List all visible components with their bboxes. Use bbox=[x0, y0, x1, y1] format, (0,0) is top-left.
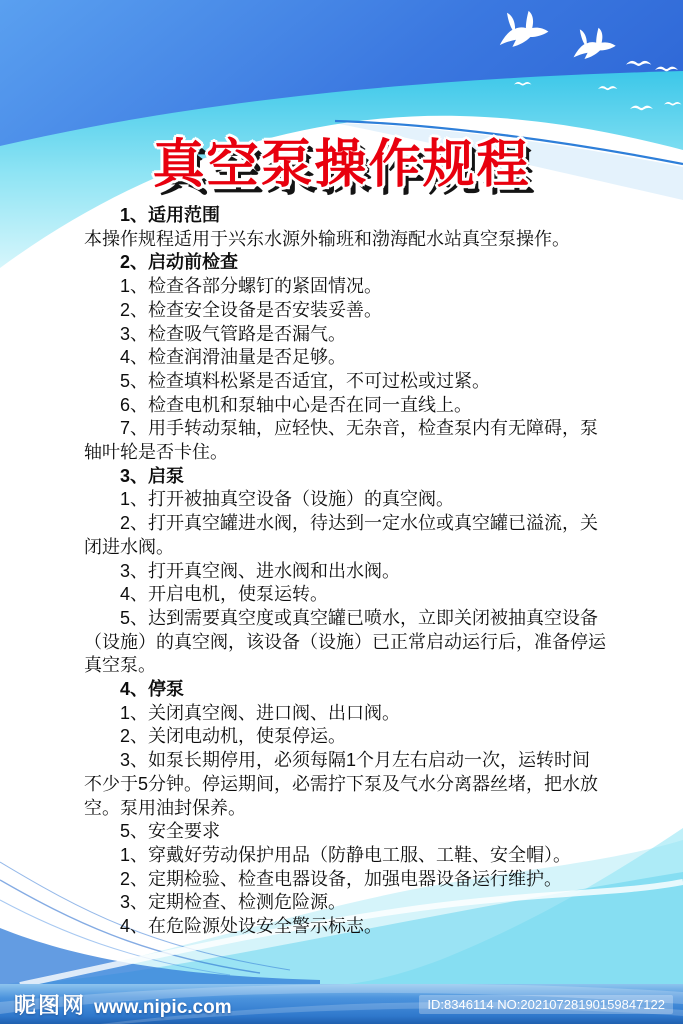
procedure-item: 7、用手转动泵轴，应轻快、无杂音，检查泵内有无障碍，泵轴叶轮是否卡住。 bbox=[84, 417, 606, 464]
poster-page: 真空泵操作规程 1、适用范围本操作规程适用于兴东水源外输班和渤海配水站真空泵操作… bbox=[0, 0, 683, 1024]
procedure-item: 1、穿戴好劳动保护用品（防静电工服、工鞋、安全帽）。 bbox=[84, 844, 606, 868]
section-heading: 1、适用范围 bbox=[84, 204, 606, 228]
procedure-item: 2、打开真空罐进水阀，待达到一定水位或真空罐已溢流，关闭进水阀。 bbox=[84, 512, 606, 559]
procedure-item: 3、检查吸气管路是否漏气。 bbox=[84, 323, 606, 347]
footer-bar: 昵图网 www.nipic.com ID:8346114 NO:20210728… bbox=[0, 984, 683, 1024]
site-url: www.nipic.com bbox=[94, 997, 232, 1019]
procedure-item: 1、打开被抽真空设备（设施）的真空阀。 bbox=[84, 488, 606, 512]
procedure-item: 4、开启电机，使泵运转。 bbox=[84, 583, 606, 607]
procedure-sections: 1、适用范围本操作规程适用于兴东水源外输班和渤海配水站真空泵操作。2、启动前检查… bbox=[84, 204, 606, 939]
procedure-item: 3、定期检查、检测危险源。 bbox=[84, 891, 606, 915]
section-heading: 5、安全要求 bbox=[84, 820, 606, 844]
procedure-item: 1、检查各部分螺钉的紧固情况。 bbox=[84, 275, 606, 299]
footer-site: 昵图网 www.nipic.com bbox=[0, 989, 232, 1020]
section-heading: 2、启动前检查 bbox=[84, 251, 606, 275]
section-heading: 4、停泵 bbox=[84, 678, 606, 702]
procedure-item: 6、检查电机和泵轴中心是否在同一直线上。 bbox=[84, 394, 606, 418]
procedure-item: 5、达到需要真空度或真空罐已喷水，立即关闭被抽真空设备（设施）的真空阀，该设备（… bbox=[84, 607, 606, 678]
procedure-item: 4、在危险源处设安全警示标志。 bbox=[84, 915, 606, 939]
procedure-item: 3、打开真空阀、进水阀和出水阀。 bbox=[84, 560, 606, 584]
section-heading: 3、启泵 bbox=[84, 465, 606, 489]
procedure-item: 1、关闭真空阀、进口阀、出口阀。 bbox=[84, 702, 606, 726]
site-logo: 昵图网 bbox=[14, 989, 86, 1020]
procedure-item: 4、检查润滑油量是否足够。 bbox=[84, 346, 606, 370]
procedure-item: 5、检查填料松紧是否适宜，不可过松或过紧。 bbox=[84, 370, 606, 394]
page-title: 真空泵操作规程 bbox=[0, 122, 683, 197]
procedure-item: 2、检查安全设备是否安装妥善。 bbox=[84, 299, 606, 323]
procedure-item: 本操作规程适用于兴东水源外输班和渤海配水站真空泵操作。 bbox=[84, 228, 606, 252]
procedure-item: 2、定期检验、检查电器设备，加强电器设备运行维护。 bbox=[84, 868, 606, 892]
image-id-badge: ID:8346114 NO:20210728190159847122 bbox=[419, 995, 673, 1014]
procedure-item: 3、如泵长期停用，必须每隔1个月左右启动一次，运转时间不少于5分钟。停运期间，必… bbox=[84, 749, 606, 820]
procedure-item: 2、关闭电动机，使泵停运。 bbox=[84, 725, 606, 749]
procedure-content: 1、适用范围本操作规程适用于兴东水源外输班和渤海配水站真空泵操作。2、启动前检查… bbox=[84, 204, 606, 939]
